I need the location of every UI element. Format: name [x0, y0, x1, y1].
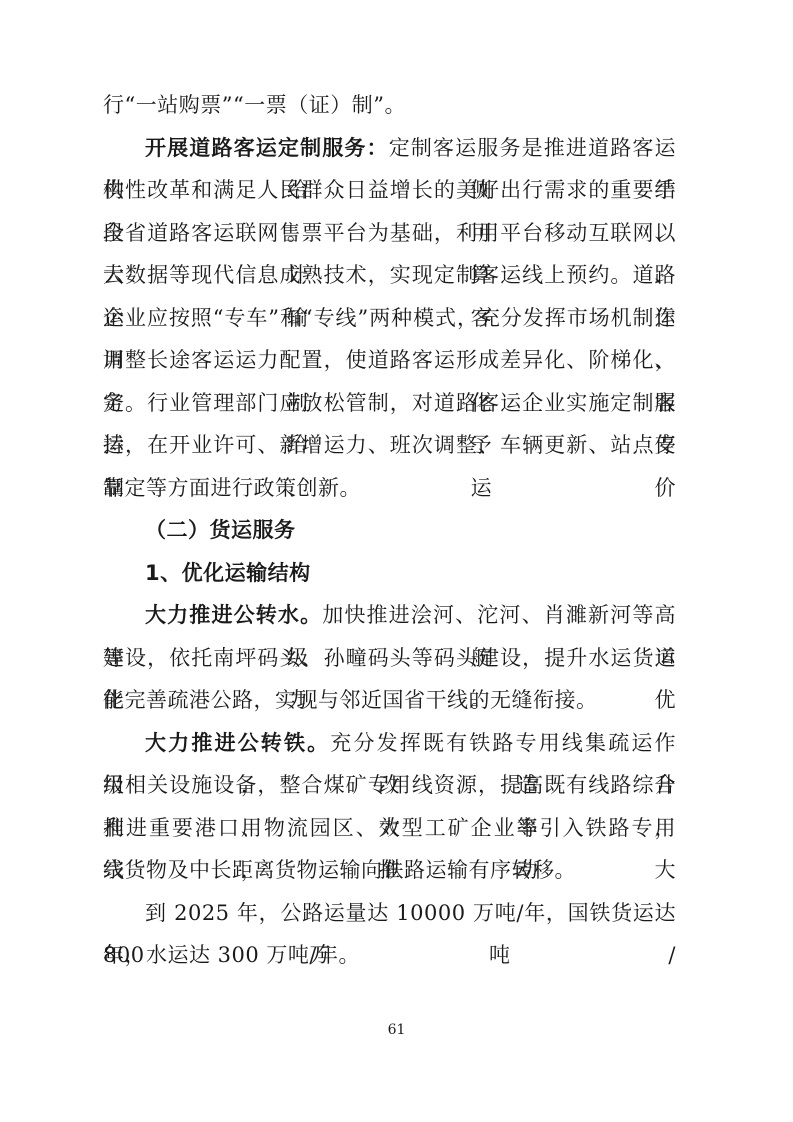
body-line: 持，在开业许可、新增运力、班次调整、车辆更新、站点停靠、运价	[103, 424, 676, 467]
body-line: 大数据等现代信息成熟技术，实现定制客运线上预约。道路运输客运	[103, 254, 676, 297]
body-line: 级相关设施设备，整合煤矿专用线资源，提高既有线路综合利用效率，	[103, 764, 676, 807]
paragraph-start: 到 2025 年，公路运量达 10000 万吨/年，国铁货运达 800 万吨/	[103, 892, 676, 935]
subsection-heading: 1、优化运输结构	[103, 552, 676, 595]
bold-run: 开展道路客运定制服务：	[145, 136, 389, 160]
bold-run: 大力推进公转水。	[145, 603, 322, 627]
bold-run: 1、优化运输结构	[145, 561, 311, 585]
text-run: 行“一站购票”“一票（证）制”。	[103, 93, 406, 117]
text-run: 化完善疏港公路，实现与邻近国省干线的无缝衔接。	[103, 688, 598, 712]
bold-run: （二）货运服务	[145, 518, 296, 542]
body-line: 全省道路客运联网售票平台为基础，利用平台移动互联网、云计算、	[103, 212, 676, 255]
bold-run: 大力推进公转铁。	[145, 731, 330, 755]
text-run: 年，水运达 300 万吨/年。	[103, 943, 360, 967]
paragraph-start: 开展道路客运定制服务：定制客运服务是推进道路客运供给侧结	[103, 127, 676, 170]
paragraph-start: 大力推进公转铁。充分发挥既有铁路专用线集疏运作用，改造升	[103, 722, 676, 765]
document-page: 行“一站购票”“一票（证）制”。开展道路客运定制服务：定制客运服务是推进道路客运…	[0, 0, 793, 1122]
body-line: 构性改革和满足人民群众日益增长的美好出行需求的重要手段。可以	[103, 169, 676, 212]
body-line: 调整长途客运运力配置，使道路客运形成差异化、阶梯化、定制化服	[103, 339, 676, 382]
page-number: 61	[0, 1022, 793, 1038]
body-line: 行“一站购票”“一票（证）制”。	[103, 84, 676, 127]
text-run: 宗货物及中长距离货物运输向铁路运输有序转移。	[103, 858, 576, 882]
body-line: 推进重要港口、物流园区、大型工矿企业等引入铁路专用线，推动大	[103, 807, 676, 850]
body-line: 建设，依托南坪码头、孙疃码头等码头建设，提升水运货运能力。优	[103, 637, 676, 680]
body-line: 务。行业管理部门应放松管制，对道路客运企业实施定制客运给予支	[103, 382, 676, 425]
text-run: 制定等方面进行政策创新。	[103, 476, 361, 500]
document-body: 行“一站购票”“一票（证）制”。开展道路客运定制服务：定制客运服务是推进道路客运…	[103, 84, 676, 977]
body-line: 化完善疏港公路，实现与邻近国省干线的无缝衔接。	[103, 679, 676, 722]
section-heading: （二）货运服务	[103, 509, 676, 552]
body-line: 企业应按照“专车”和“专线”两种模式，充分发挥市场机制作用，	[103, 297, 676, 340]
paragraph-start: 大力推进公转水。加快推进浍河、沱河、肖濉新河等高等级航道	[103, 594, 676, 637]
